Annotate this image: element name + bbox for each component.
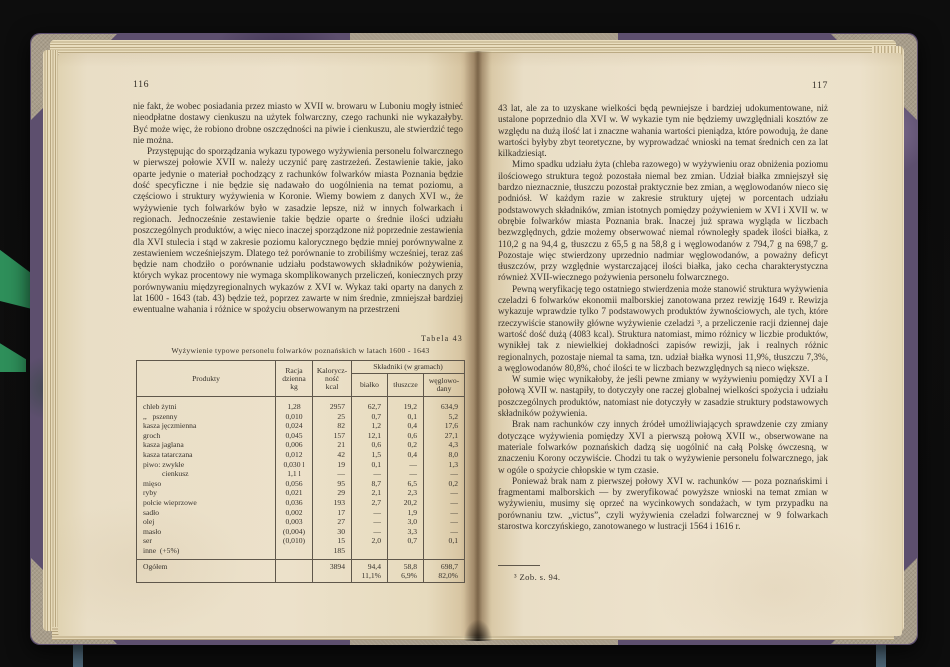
cell-value: 12,1 <box>352 431 388 441</box>
cell-value: — <box>313 469 352 479</box>
total-racja <box>276 559 313 583</box>
cell-value: 1,5 <box>352 450 388 460</box>
cell-value: 0,1 <box>352 460 388 470</box>
cell-product: inne (+5%) <box>137 546 276 559</box>
cell-value: 0,7 <box>388 536 424 546</box>
cell-value: 42 <box>313 450 352 460</box>
cell-value: 2,7 <box>352 498 388 508</box>
book-gutter-bottom-shadow <box>458 607 498 641</box>
total-kcal: 3894 <box>313 559 352 583</box>
cell-value: 82 <box>313 421 352 431</box>
cell-product: kasza tatarczana <box>137 450 276 460</box>
table-row: chleb żytni1,28295762,719,2634,9 <box>137 397 465 412</box>
paragraph: W sumie więc wynikałoby, że jeśli pewne … <box>498 374 828 419</box>
cell-value: 30 <box>313 527 352 537</box>
table-row: połcie wieprzowe0,0361932,720,2— <box>137 498 465 508</box>
cell-value: 20,2 <box>388 498 424 508</box>
cell-value: 27 <box>313 517 352 527</box>
cell-value: 0,006 <box>276 440 313 450</box>
col-header-kcal: Kalorycz- ność kcal <box>313 361 352 397</box>
table-caption-label: Tabela 43 <box>136 334 465 343</box>
cell-value: 6,5 <box>388 479 424 489</box>
footnote-text: ³ Zob. s. 94. <box>498 572 828 582</box>
cell-product: chleb żytni <box>137 397 276 412</box>
cell-product: ryby <box>137 488 276 498</box>
cell-value: 1,28 <box>276 397 313 412</box>
cell-value <box>424 546 465 559</box>
table-row: ser(0,010)152,00,70,1 <box>137 536 465 546</box>
cell-value: — <box>424 527 465 537</box>
cell-product: ,, pszenny <box>137 412 276 422</box>
cell-value: 0,6 <box>388 431 424 441</box>
total-tluszcze: 58,8 6,9% <box>388 559 424 583</box>
cell-product: mięso <box>137 479 276 489</box>
cell-value: 2957 <box>313 397 352 412</box>
table-row: ,, pszenny0,010250,70,15,2 <box>137 412 465 422</box>
cell-value: 0,1 <box>388 412 424 422</box>
table-row: kasza tatarczana0,012421,50,48,0 <box>137 450 465 460</box>
page-number-left: 116 <box>133 79 149 90</box>
footnote-rule <box>498 565 540 566</box>
cell-value: — <box>424 498 465 508</box>
cell-product: cienkusz <box>137 469 276 479</box>
cell-value: 0,012 <box>276 450 313 460</box>
table-block: Tabela 43 Wyżywienie typowe personelu fo… <box>136 334 465 583</box>
photo-background: 116 nie fakt, że wobec posiadania przez … <box>0 0 950 667</box>
table-title: Wyżywienie typowe personelu folwarków po… <box>136 346 465 355</box>
cell-value: 29 <box>313 488 352 498</box>
table-row: ryby0,021292,12,3— <box>137 488 465 498</box>
cell-value: 1,1 l <box>276 469 313 479</box>
paragraph: Ponieważ brak nam z pierwszej połowy XVI… <box>498 476 828 532</box>
cell-value: 1,3 <box>424 460 465 470</box>
cell-value: 95 <box>313 479 352 489</box>
cell-value <box>388 546 424 559</box>
col-header-racja: Racja dzienna kg <box>276 361 313 397</box>
cell-value: (0,004) <box>276 527 313 537</box>
cell-value: 8,0 <box>424 450 465 460</box>
cell-value: 0,4 <box>388 450 424 460</box>
table-row: inne (+5%)185 <box>137 546 465 559</box>
cell-value: 2,3 <box>388 488 424 498</box>
paragraph: Mimo spadku udziału żyta (chleba razoweg… <box>498 159 828 283</box>
cell-value: — <box>352 508 388 518</box>
cell-value: 5,2 <box>424 412 465 422</box>
cell-value: 634,9 <box>424 397 465 412</box>
cell-value: 62,7 <box>352 397 388 412</box>
page-edges-left <box>43 50 58 631</box>
col-header-skladniki: Składniki (w gramach) <box>352 361 465 374</box>
cell-value: — <box>424 508 465 518</box>
total-row: Ogółem 3894 94,4 11,1% 58,8 6,9% 698,7 8… <box>137 559 465 583</box>
cell-value: 0,056 <box>276 479 313 489</box>
cell-value: — <box>424 469 465 479</box>
nutrition-table: Produkty Racja dzienna kg Kalorycz- ność… <box>136 360 465 583</box>
cell-value: 0,045 <box>276 431 313 441</box>
table-row: sadło0,00217—1,9— <box>137 508 465 518</box>
cell-value: 0,002 <box>276 508 313 518</box>
cell-value: 19,2 <box>388 397 424 412</box>
cell-product: masło <box>137 527 276 537</box>
cell-value: 0,024 <box>276 421 313 431</box>
cell-value: 0,1 <box>424 536 465 546</box>
right-page-text: 43 lat, ale za to uzyskane wielkości będ… <box>498 103 828 532</box>
cell-value: 3,0 <box>388 517 424 527</box>
cell-value: — <box>352 517 388 527</box>
cell-product: groch <box>137 431 276 441</box>
left-page: 116 nie fakt, że wobec posiadania przez … <box>58 53 477 636</box>
cell-value: 1,9 <box>388 508 424 518</box>
col-header-tluszcze: tłuszcze <box>388 374 424 397</box>
cell-product: olej <box>137 517 276 527</box>
cell-value <box>276 546 313 559</box>
cell-value: 157 <box>313 431 352 441</box>
cell-value: 0,021 <box>276 488 313 498</box>
green-strap-small <box>0 340 26 372</box>
cell-value: 19 <box>313 460 352 470</box>
cell-product: piwo: zwykłe <box>137 460 276 470</box>
cell-value: 193 <box>313 498 352 508</box>
col-header-produkty: Produkty <box>137 361 276 397</box>
cell-value: 25 <box>313 412 352 422</box>
table-body: chleb żytni1,28295762,719,2634,9,, pszen… <box>137 397 465 560</box>
cell-value: 0,4 <box>388 421 424 431</box>
table-row: piwo: zwykłe0,030 l190,1—1,3 <box>137 460 465 470</box>
table-row: kasza jęczmienna0,024821,20,417,6 <box>137 421 465 431</box>
cell-value <box>352 546 388 559</box>
table-header-row: Produkty Racja dzienna kg Kalorycz- ność… <box>137 361 465 374</box>
total-bialko: 94,4 11,1% <box>352 559 388 583</box>
cell-product: kasza jaglana <box>137 440 276 450</box>
cell-value: 0,2 <box>388 440 424 450</box>
cell-value: 8,7 <box>352 479 388 489</box>
cell-value: 2,0 <box>352 536 388 546</box>
cell-value: (0,010) <box>276 536 313 546</box>
paragraph: Przystępując do sporządzania wykazu typo… <box>133 146 463 315</box>
cell-value: — <box>388 460 424 470</box>
total-label: Ogółem <box>137 559 276 583</box>
bookmark-ribbon-right <box>876 644 886 667</box>
cell-value: — <box>352 527 388 537</box>
cell-value: 17,6 <box>424 421 465 431</box>
cell-value: 0,2 <box>424 479 465 489</box>
paragraph: nie fakt, że wobec posiadania przez mias… <box>133 101 463 146</box>
table-row: masło(0,004)30—3,3— <box>137 527 465 537</box>
page-number-right: 117 <box>498 80 830 91</box>
left-page-text: nie fakt, że wobec posiadania przez mias… <box>133 101 463 316</box>
cell-value: 185 <box>313 546 352 559</box>
table-row: groch0,04515712,10,627,1 <box>137 431 465 441</box>
cell-value: 27,1 <box>424 431 465 441</box>
table-row: mięso0,056958,76,50,2 <box>137 479 465 489</box>
cell-product: kasza jęczmienna <box>137 421 276 431</box>
cell-value: 0,6 <box>352 440 388 450</box>
cell-value: 15 <box>313 536 352 546</box>
paragraph: 43 lat, ale za to uzyskane wielkości będ… <box>498 103 828 159</box>
cell-value: 21 <box>313 440 352 450</box>
open-book: 116 nie fakt, że wobec posiadania przez … <box>30 33 918 645</box>
cell-product: ser <box>137 536 276 546</box>
bookmark-ribbon-left <box>73 643 83 667</box>
table-row: olej0,00327—3,0— <box>137 517 465 527</box>
cell-value: 3,3 <box>388 527 424 537</box>
paragraph: Pewną weryfikację tego ostatniego stwier… <box>498 284 828 374</box>
right-page: 117 43 lat, ale za to uzyskane wielkości… <box>477 53 902 636</box>
footnote: ³ Zob. s. 94. <box>498 565 828 582</box>
book-gutter-shadow <box>464 51 492 638</box>
cell-value: 4,3 <box>424 440 465 450</box>
col-header-bialko: białko <box>352 374 388 397</box>
cell-value: 2,1 <box>352 488 388 498</box>
table-row: kasza jaglana0,006210,60,24,3 <box>137 440 465 450</box>
cell-value: 0,7 <box>352 412 388 422</box>
cell-value: 0,003 <box>276 517 313 527</box>
cell-product: połcie wieprzowe <box>137 498 276 508</box>
cell-product: sadło <box>137 508 276 518</box>
cell-value: 0,030 l <box>276 460 313 470</box>
cell-value: 1,2 <box>352 421 388 431</box>
paragraph: Brak nam rachunków czy innych źródeł umo… <box>498 419 828 475</box>
col-header-weglowodany: węglowo- dany <box>424 374 465 397</box>
cell-value: — <box>424 488 465 498</box>
total-weglowodany: 698,7 82,0% <box>424 559 465 583</box>
cell-value: — <box>352 469 388 479</box>
cell-value: 0,010 <box>276 412 313 422</box>
cell-value: — <box>424 517 465 527</box>
cell-value: 17 <box>313 508 352 518</box>
cell-value: — <box>388 469 424 479</box>
cell-value: 0,036 <box>276 498 313 508</box>
table-row: cienkusz1,1 l———— <box>137 469 465 479</box>
